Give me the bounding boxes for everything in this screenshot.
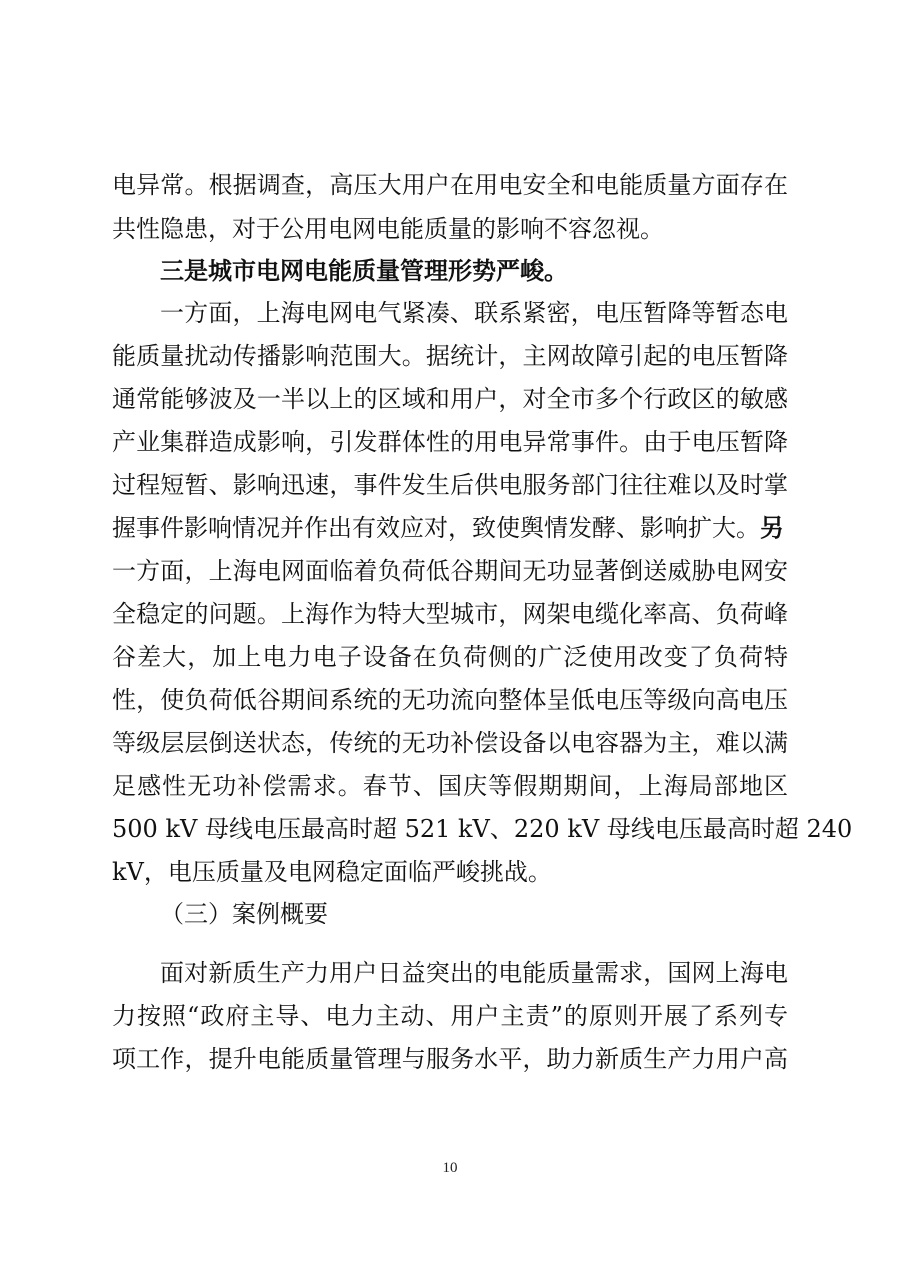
body-text-line: 产业集群造成影响，引发群体性的用电异常事件。由于电压暂降 bbox=[112, 427, 788, 457]
body-text-line: 性，使负荷低谷期间系统的无功流向整体呈低电压等级向高电压 bbox=[112, 685, 788, 715]
body-text-line: 全稳定的问题。上海作为特大型城市，网架电缆化率高、负荷峰 bbox=[112, 599, 788, 629]
bold-heading: 三是城市电网电能质量管理形势严峻。 bbox=[160, 256, 788, 286]
body-text-line: 电异常。根据调查，高压大用户在用电安全和电能质量方面存在 bbox=[112, 170, 788, 200]
body-text-line: 握事件影响情况并作出有效应对，致使舆情发酵、影响扩大。另 bbox=[112, 513, 788, 543]
body-text-segment: 握事件影响情况并作出有效应对，致使舆情发酵、影响扩大。 bbox=[112, 514, 760, 542]
body-text-line: 面对新质生产力用户日益突出的电能质量需求，国网上海电 bbox=[160, 958, 788, 988]
body-text-line: 等级层层倒送状态，传统的无功补偿设备以电容器为主，难以满 bbox=[112, 728, 788, 758]
body-text-line: kV，电压质量及电网稳定面临严峻挑战。 bbox=[112, 857, 788, 887]
body-text-line: 项工作，提升电能质量管理与服务水平，助力新质生产力用户高 bbox=[112, 1044, 788, 1074]
document-page: 电异常。根据调查，高压大用户在用电安全和电能质量方面存在 共性隐患，对于公用电网… bbox=[0, 0, 900, 1272]
body-text-line: 过程短暂、影响迅速，事件发生后供电服务部门往往难以及时掌 bbox=[112, 470, 788, 500]
body-text-line: 共性隐患，对于公用电网电能质量的影响不容忽视。 bbox=[112, 214, 788, 244]
bold-text-segment: 另 bbox=[760, 513, 784, 542]
body-text-line: 力按照“政府主导、电力主动、用户主责”的原则开展了系列专 bbox=[112, 1001, 788, 1031]
section-heading: （三）案例概要 bbox=[160, 899, 788, 929]
body-text-line: 500 kV 母线电压最高时超 521 kV、220 kV 母线电压最高时超 2… bbox=[112, 814, 788, 844]
body-text-line: 谷差大，加上电力电子设备在负荷侧的广泛使用改变了负荷特 bbox=[112, 642, 788, 672]
body-text-line: 能质量扰动传播影响范围大。据统计，主网故障引起的电压暂降 bbox=[112, 341, 788, 371]
body-text-line: 一方面，上海电网面临着负荷低谷期间无功显著倒送威胁电网安 bbox=[112, 556, 788, 586]
body-text-line: 一方面，上海电网电气紧凑、联系紧密，电压暂降等暂态电 bbox=[160, 298, 788, 328]
page-number: 10 bbox=[0, 1160, 900, 1177]
body-text-line: 通常能够波及一半以上的区域和用户，对全市多个行政区的敏感 bbox=[112, 384, 788, 414]
body-text-line: 足感性无功补偿需求。春节、国庆等假期期间，上海局部地区 bbox=[112, 771, 788, 801]
